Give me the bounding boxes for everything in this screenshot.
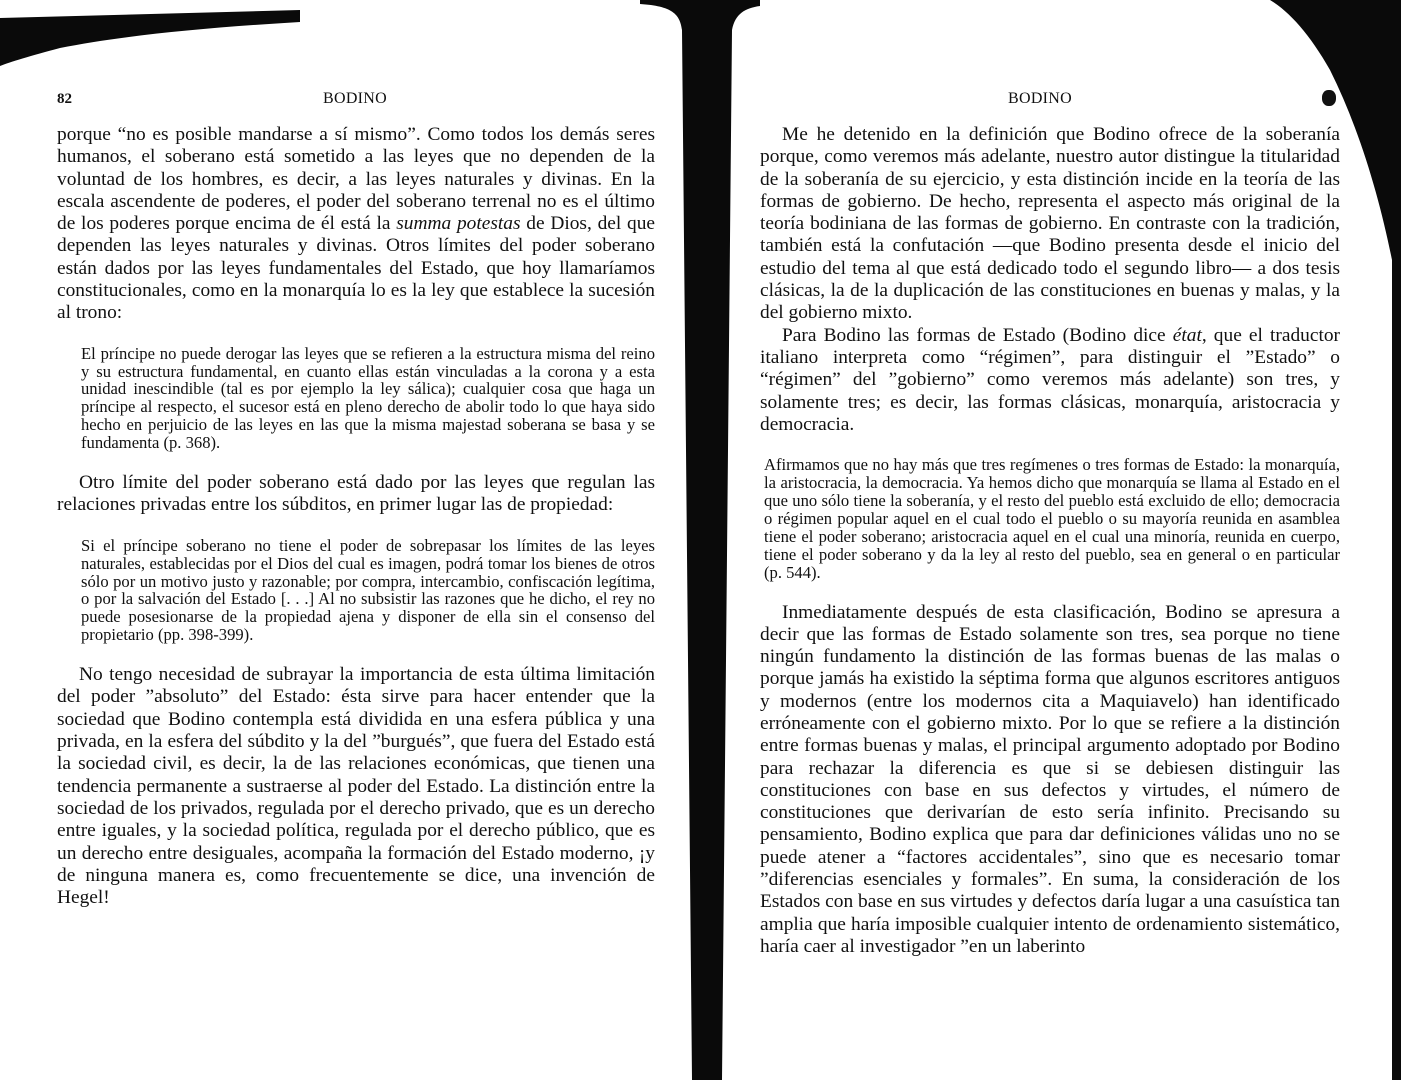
paragraph: porque “no es posible mandarse a sí mism…	[57, 124, 655, 325]
paragraph: Para Bodino las formas de Estado (Bodino…	[760, 325, 1340, 436]
paragraph: Inmediatamente después de esta clasifica…	[760, 602, 1340, 959]
paragraph: No tengo necesidad de subrayar la import…	[57, 664, 655, 909]
block-quote: Afirmamos que no hay más que tres regíme…	[764, 456, 1340, 581]
scanned-book-spread: 82 BODINO porque “no es posible mandarse…	[0, 0, 1401, 1080]
block-quote: El príncipe no puede derogar las leyes q…	[81, 345, 655, 452]
right-page-body: Me he detenido en la definición que Bodi…	[760, 124, 1340, 958]
running-head: BODINO	[1008, 90, 1072, 108]
page-number: 82	[57, 91, 72, 108]
paragraph: Otro límite del poder soberano está dado…	[57, 472, 655, 517]
paragraph: Me he detenido en la definición que Bodi…	[760, 124, 1340, 325]
running-head: BODINO	[323, 90, 387, 108]
left-page-body: porque “no es posible mandarse a sí mism…	[57, 124, 655, 909]
right-page: BODINO Me he detenido en la definición q…	[725, 0, 1401, 1080]
block-quote: Si el príncipe soberano no tiene el pode…	[81, 537, 655, 644]
page-number-ink-blot	[1322, 90, 1336, 106]
left-page: 82 BODINO porque “no es posible mandarse…	[0, 0, 685, 1080]
